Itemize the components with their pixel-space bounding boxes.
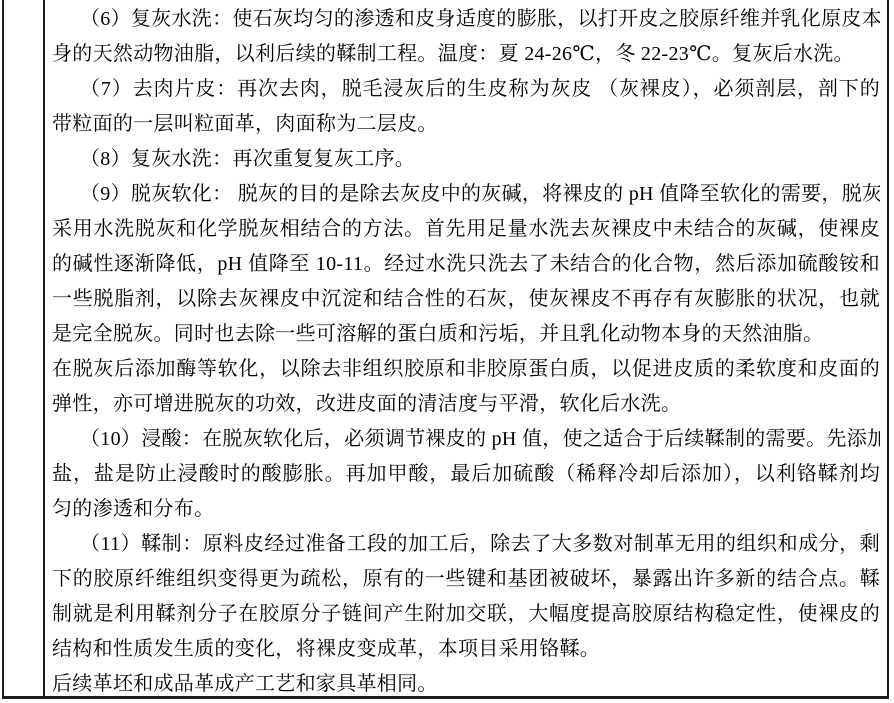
paragraph: （6）复灰水洗：使石灰均匀的渗透和皮身适度的膨胀，以打开皮之胶原纤维并乳化原皮本… bbox=[52, 2, 880, 72]
table-right-border bbox=[887, 0, 889, 699]
document-text-cell: （6）复灰水洗：使石灰均匀的渗透和皮身适度的膨胀，以打开皮之胶原纤维并乳化原皮本… bbox=[52, 2, 880, 702]
text-line: 制就是利用鞣剂分子在胶原分子链间产生附加交联，大幅度提高胶原结构稳定性，使裸皮的 bbox=[52, 597, 880, 632]
table-left-border bbox=[2, 0, 4, 699]
text-line: 盐，盐是防止浸酸时的酸膨胀。再加甲酸，最后加硫酸（稀释冷却后添加），以利铬鞣剂均 bbox=[52, 457, 880, 492]
text-line: 是完全脱灰。同时也去除一些可溶解的蛋白质和污垢，并且乳化动物本身的天然油脂。 bbox=[52, 317, 880, 352]
paragraph: 在脱灰后添加酶等软化，以除去非组织胶原和非胶原蛋白质，以促进皮质的柔软度和皮面的… bbox=[52, 352, 880, 422]
paragraph: （11）鞣制：原料皮经过准备工段的加工后，除去了大多数对制革无用的组织和成分，剩… bbox=[52, 527, 880, 667]
text-line: 后续革坯和成品革成产工艺和家具革相同。 bbox=[52, 667, 880, 702]
text-line: （6）复灰水洗：使石灰均匀的渗透和皮身适度的膨胀，以打开皮之胶原纤维并乳化原皮本 bbox=[52, 2, 880, 37]
document-page: （6）复灰水洗：使石灰均匀的渗透和皮身适度的膨胀，以打开皮之胶原纤维并乳化原皮本… bbox=[0, 0, 894, 703]
text-line: 身的天然动物油脂，以利后续的鞣制工程。温度：夏 24-26℃，冬 22-23℃。… bbox=[52, 37, 880, 72]
paragraph: 后续革坯和成品革成产工艺和家具革相同。 bbox=[52, 667, 880, 702]
text-line: （10）浸酸：在脱灰软化后，必须调节裸皮的 pH 值，使之适合于后续鞣制的需要。… bbox=[52, 422, 880, 457]
paragraph: （9）脱灰软化： 脱灰的目的是除去灰皮中的灰碱，将裸皮的 pH 值降至软化的需要… bbox=[52, 177, 880, 352]
paragraph: （7）去肉片皮：再次去肉，脱毛浸灰后的生皮称为灰皮 （灰裸皮），必须剖层，剖下的… bbox=[52, 72, 880, 142]
text-line: 在脱灰后添加酶等软化，以除去非组织胶原和非胶原蛋白质，以促进皮质的柔软度和皮面的 bbox=[52, 352, 880, 387]
text-line: 下的胶原纤维组织变得更为疏松，原有的一些键和基团被破坏，暴露出许多新的结合点。鞣 bbox=[52, 562, 880, 597]
text-line: 的碱性逐渐降低，pH 值降至 10-11。经过水洗只洗去了未结合的化合物，然后添… bbox=[52, 247, 880, 282]
table-column-divider bbox=[43, 0, 45, 699]
text-line: 一些脱脂剂，以除去灰裸皮中沉淀和结合性的石灰，使灰裸皮不再存有灰膨胀的状况，也就 bbox=[52, 282, 880, 317]
text-line: （7）去肉片皮：再次去肉，脱毛浸灰后的生皮称为灰皮 （灰裸皮），必须剖层，剖下的 bbox=[52, 72, 880, 107]
text-line: （9）脱灰软化： 脱灰的目的是除去灰皮中的灰碱，将裸皮的 pH 值降至软化的需要… bbox=[52, 177, 880, 212]
text-line: 结构和性质发生质的变化，将裸皮变成革，本项目采用铬鞣。 bbox=[52, 632, 880, 667]
paragraph: （10）浸酸：在脱灰软化后，必须调节裸皮的 pH 值，使之适合于后续鞣制的需要。… bbox=[52, 422, 880, 527]
text-line: （8）复灰水洗：再次重复复灰工序。 bbox=[52, 142, 880, 177]
text-line: 带粒面的一层叫粒面革，肉面称为二层皮。 bbox=[52, 107, 880, 142]
text-line: 匀的渗透和分布。 bbox=[52, 492, 880, 527]
text-line: 采用水洗脱灰和化学脱灰相结合的方法。首先用足量水洗去灰裸皮中未结合的灰碱，使裸皮 bbox=[52, 212, 880, 247]
text-line: 弹性，亦可增进脱灰的功效，改进皮面的清洁度与平滑，软化后水洗。 bbox=[52, 387, 880, 422]
text-line: （11）鞣制：原料皮经过准备工段的加工后，除去了大多数对制革无用的组织和成分，剩 bbox=[52, 527, 880, 562]
paragraph: （8）复灰水洗：再次重复复灰工序。 bbox=[52, 142, 880, 177]
